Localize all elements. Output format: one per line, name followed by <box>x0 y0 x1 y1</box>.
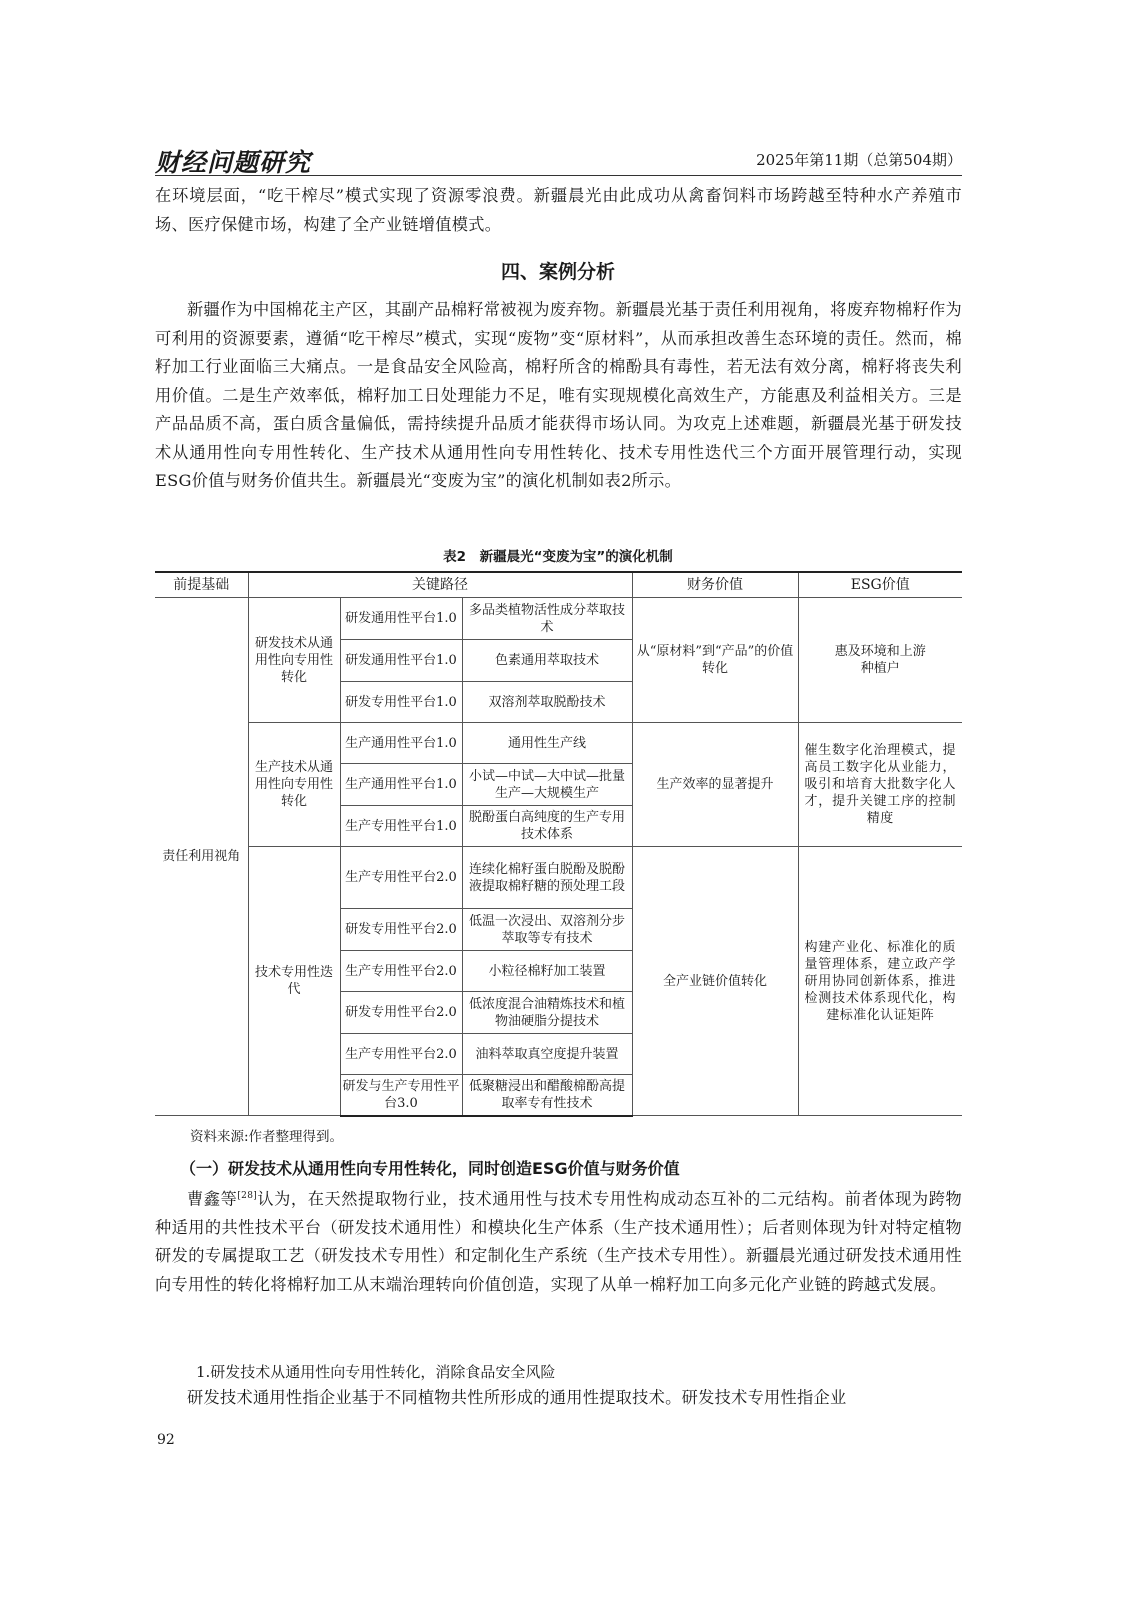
platform-cell: 生产通用性平台1.0 <box>340 723 462 764</box>
header-premise: 前提基础 <box>155 572 248 598</box>
tech-cell: 多品类植物活性成分萃取技术 <box>462 598 632 640</box>
platform-cell: 研发专用性平台2.0 <box>340 992 462 1034</box>
path-cell: 生产技术从通用性向专用性转化 <box>248 723 340 847</box>
platform-cell: 研发专用性平台2.0 <box>340 909 462 951</box>
platform-cell: 生产通用性平台1.0 <box>340 764 462 806</box>
tech-cell: 低聚糖浸出和醋酸棉酚高提取率专有性技术 <box>462 1075 632 1116</box>
tech-cell: 色素通用萃取技术 <box>462 640 632 682</box>
table-header-row: 前提基础 关键路径 财务价值 ESG价值 <box>155 572 962 598</box>
table-row: 责任利用视角 研发技术从通用性向专用性转化 研发通用性平台1.0 多品类植物活性… <box>155 598 962 640</box>
header-financial: 财务价值 <box>632 572 798 598</box>
subsection-title: （一）研发技术从通用性向专用性转化，同时创造ESG价值与财务价值 <box>180 1156 680 1179</box>
table-source: 资料来源:作者整理得到。 <box>190 1125 343 1145</box>
citation: [28] <box>237 1191 257 1201</box>
evolution-table: 前提基础 关键路径 财务价值 ESG价值 责任利用视角 研发技术从通用性向专用性… <box>155 571 962 1117</box>
platform-cell: 生产专用性平台2.0 <box>340 951 462 992</box>
platform-cell: 研发通用性平台1.0 <box>340 640 462 682</box>
paragraph-body: 认为，在天然提取物行业，技术通用性与技术专用性构成动态互补的二元结构。前者体现为… <box>155 1189 962 1294</box>
table-row: 生产技术从通用性向专用性转化 生产通用性平台1.0 通用性生产线 生产效率的显著… <box>155 723 962 764</box>
platform-cell: 研发专用性平台1.0 <box>340 682 462 723</box>
premise-cell: 责任利用视角 <box>155 598 248 1116</box>
esg-cell: 催生数字化治理模式，提高员工数字化从业能力，吸引和培育大批数字化人才，提升关键工… <box>798 723 962 847</box>
tech-cell: 小试—中试—大中试—批量生产—大规模生产 <box>462 764 632 806</box>
section-paragraph: 新疆作为中国棉花主产区，其副产品棉籽常被视为废弃物。新疆晨光基于责任利用视角，将… <box>155 296 962 496</box>
subsection-paragraph: 曹鑫等[28]认为，在天然提取物行业，技术通用性与技术专用性构成动态互补的二元结… <box>155 1182 962 1299</box>
tech-cell: 双溶剂萃取脱酚技术 <box>462 682 632 723</box>
tech-cell: 连续化棉籽蛋白脱酚及脱酚液提取棉籽糖的预处理工段 <box>462 847 632 909</box>
header-divider <box>155 175 962 176</box>
tech-cell: 脱酚蛋白高纯度的生产专用技术体系 <box>462 806 632 847</box>
header-key-path: 关键路径 <box>248 572 632 598</box>
financial-cell: 从“原材料”到“产品”的价值转化 <box>632 598 798 723</box>
financial-cell: 生产效率的显著提升 <box>632 723 798 847</box>
platform-cell: 研发与生产专用性平台3.0 <box>340 1075 462 1116</box>
platform-cell: 生产专用性平台2.0 <box>340 847 462 909</box>
platform-cell: 生产专用性平台1.0 <box>340 806 462 847</box>
intro-paragraph: 在环境层面，“吃干榨尽”模式实现了资源零浪费。新疆晨光由此成功从禽畜饲料市场跨越… <box>155 182 962 239</box>
platform-cell: 生产专用性平台2.0 <box>340 1034 462 1075</box>
section-title: 四、案例分析 <box>0 257 1116 284</box>
platform-cell: 研发通用性平台1.0 <box>340 598 462 640</box>
path-cell: 研发技术从通用性向专用性转化 <box>248 598 340 723</box>
journal-logo: 财经问题研究 <box>155 143 311 179</box>
table-caption: 表2 新疆晨光“变废为宝”的演化机制 <box>0 545 1116 565</box>
path-cell: 技术专用性迭代 <box>248 847 340 1116</box>
subsection-subtitle: 1.研发技术从通用性向专用性转化，消除食品安全风险 <box>196 1361 555 1382</box>
author-ref: 曹鑫等 <box>187 1189 237 1208</box>
page-number: 92 <box>157 1432 175 1448</box>
header-esg: ESG价值 <box>798 572 962 598</box>
table-row: 技术专用性迭代 生产专用性平台2.0 连续化棉籽蛋白脱酚及脱酚液提取棉籽糖的预处… <box>155 847 962 909</box>
tech-cell: 通用性生产线 <box>462 723 632 764</box>
last-paragraph: 研发技术通用性指企业基于不同植物共性所形成的通用性提取技术。研发技术专用性指企业 <box>155 1384 962 1413</box>
esg-cell: 惠及环境和上游种植户 <box>798 598 962 723</box>
tech-cell: 低温一次浸出、双溶剂分步萃取等专有技术 <box>462 909 632 951</box>
esg-cell: 构建产业化、标准化的质量管理体系，建立政产学研用协同创新体系，推进检测技术体系现… <box>798 847 962 1116</box>
issue-info: 2025年第11期（总第504期） <box>756 149 962 170</box>
tech-cell: 低浓度混合油精炼技术和植物油硬脂分提技术 <box>462 992 632 1034</box>
tech-cell: 小粒径棉籽加工装置 <box>462 951 632 992</box>
tech-cell: 油料萃取真空度提升装置 <box>462 1034 632 1075</box>
financial-cell: 全产业链价值转化 <box>632 847 798 1116</box>
